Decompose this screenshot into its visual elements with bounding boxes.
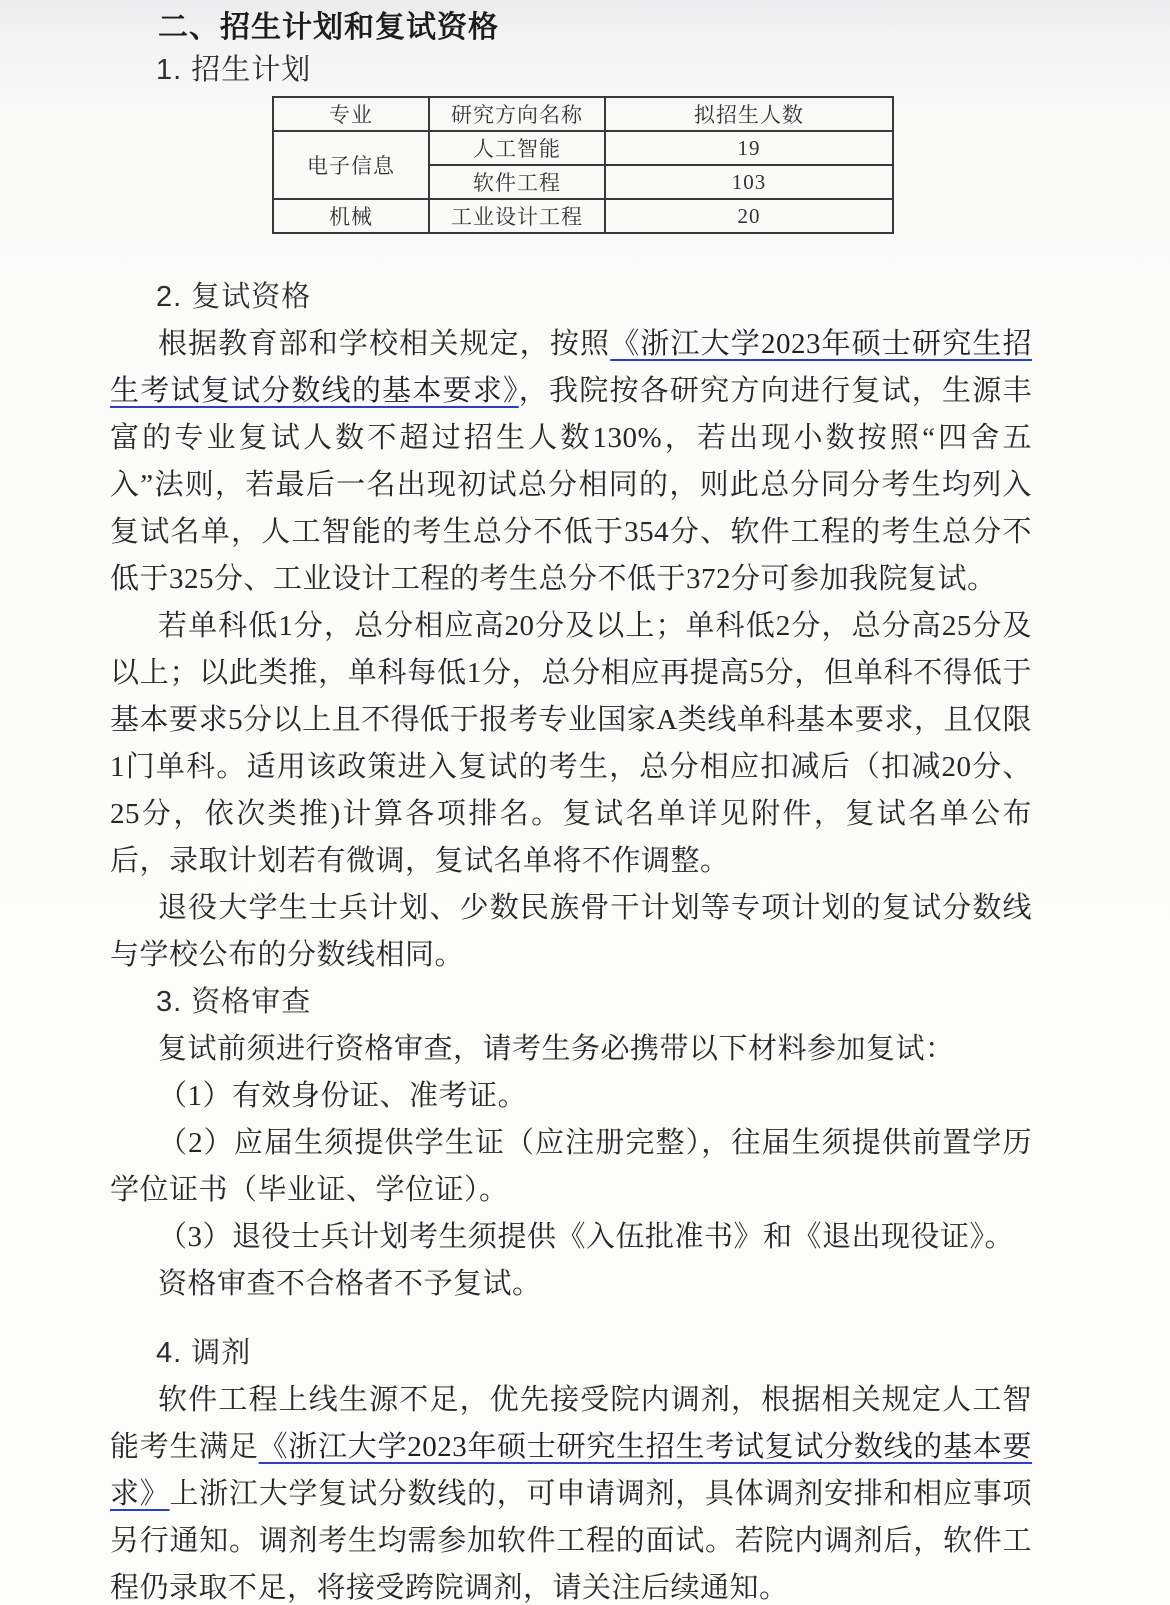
table-cell-major: 机械 [273, 199, 429, 233]
table-cell-count: 103 [605, 165, 893, 199]
section-3-item-2: （2）应届生须提供学生证（应注册完整），往届生须提供前置学历学位证书（毕业证、学… [110, 1120, 1032, 1214]
section-3-intro: 复试前须进行资格审查，请考生务必携带以下材料参加复试： [110, 1026, 1032, 1073]
section-3-heading: 3. 资格审查 [110, 979, 1032, 1026]
table-row: 电子信息 人工智能 19 [273, 131, 893, 165]
section-3-item-1: （1）有效身份证、准考证。 [110, 1073, 1032, 1120]
paragraph-text: ，我院按各研究方向进行复试，生源丰富的专业复试人数不超过招生人数130%，若出现… [110, 375, 1032, 595]
section-2-heading: 2. 复试资格 [110, 274, 1032, 321]
section-3-note: 资格审查不合格者不予复试。 [110, 1261, 1032, 1308]
section-2-paragraph-3: 退役大学生士兵计划、少数民族骨干计划等专项计划的复试分数线与学校公布的分数线相同… [110, 885, 1032, 979]
section-4-paragraph-1: 软件工程上线生源不足，优先接受院内调剂，根据相关规定人工智能考生满足《浙江大学2… [110, 1377, 1032, 1605]
table-cell-direction: 人工智能 [429, 131, 605, 165]
table-row: 机械 工业设计工程 20 [273, 199, 893, 233]
table-cell-count: 19 [605, 131, 893, 165]
section-1-heading: 1. 招生计划 [110, 48, 1032, 92]
doc-title: 二、招生计划和复试资格 [110, 8, 1032, 48]
table-header-row: 专业 研究方向名称 拟招生人数 [273, 97, 893, 131]
table-header-major: 专业 [273, 97, 429, 131]
table-cell-count: 20 [605, 199, 893, 233]
table-cell-major: 电子信息 [273, 131, 429, 199]
table-cell-direction: 工业设计工程 [429, 199, 605, 233]
paragraph-text: 上浙江大学复试分数线的，可申请调剂，具体调剂安排和相应事项另行通知。调剂考生均需… [110, 1478, 1032, 1604]
section-2-paragraph-1: 根据教育部和学校相关规定，按照《浙江大学2023年硕士研究生招生考试复试分数线的… [110, 321, 1032, 603]
table-header-direction: 研究方向名称 [429, 97, 605, 131]
section-4-heading: 4. 调剂 [110, 1330, 1032, 1377]
paragraph-text: 根据教育部和学校相关规定，按照 [158, 328, 610, 360]
section-3-item-3: （3）退役士兵计划考生须提供《入伍批准书》和《退出现役证》。 [110, 1214, 1032, 1261]
document-page: 二、招生计划和复试资格 1. 招生计划 专业 研究方向名称 拟招生人数 电子信息… [0, 0, 1170, 1605]
section-2-paragraph-2: 若单科低1分，总分相应高20分及以上；单科低2分，总分高25分及以上；以此类推，… [110, 603, 1032, 885]
table-cell-direction: 软件工程 [429, 165, 605, 199]
table-header-count: 拟招生人数 [605, 97, 893, 131]
admission-plan-table: 专业 研究方向名称 拟招生人数 电子信息 人工智能 19 软件工程 103 机械… [272, 96, 894, 234]
